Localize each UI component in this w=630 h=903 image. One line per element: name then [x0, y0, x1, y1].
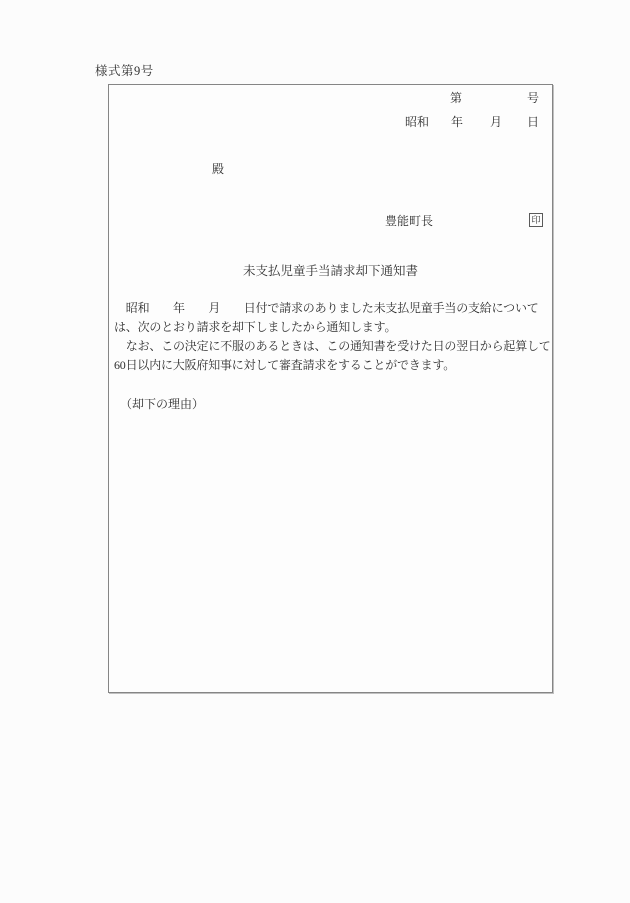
seal-mark: 印 [529, 213, 543, 227]
date-year-label: 年 [451, 115, 463, 129]
rejection-reason-label: （却下の理由） [120, 395, 204, 412]
doc-number-suffix: 号 [527, 91, 539, 105]
body-line-1: 昭和 年 月 日付で請求のありました未支払児童手当の支給について [114, 299, 550, 318]
addressee-honorific: 殿 [212, 162, 224, 176]
issuer-title: 豊能町長 [385, 214, 433, 228]
body-line-3: なお、この決定に不服のあるときは、この通知書を受けた日の翌日から起算して [114, 337, 550, 356]
form-number-label: 様式第9号 [95, 61, 154, 79]
page: { "page": { "form_label": "様式第9号" }, "do… [0, 0, 630, 903]
body-line-2: は、次のとおり請求を却下しましたから通知します。 [114, 318, 550, 337]
date-month-label: 月 [490, 115, 502, 129]
document-title: 未支払児童手当請求却下通知書 [109, 261, 552, 279]
date-day-label: 日 [527, 115, 539, 129]
doc-number-prefix: 第 [450, 91, 462, 105]
body-line-4: 60日以内に大阪府知事に対して審査請求をすることができます。 [114, 356, 550, 375]
document-frame: 第 号 昭和 年 月 日 殿 豊能町長 印 未支払児童手当請求却下通知書 昭和 … [108, 84, 553, 693]
date-era-label: 昭和 [405, 115, 429, 129]
document-body: 昭和 年 月 日付で請求のありました未支払児童手当の支給について は、次のとおり… [114, 299, 550, 375]
